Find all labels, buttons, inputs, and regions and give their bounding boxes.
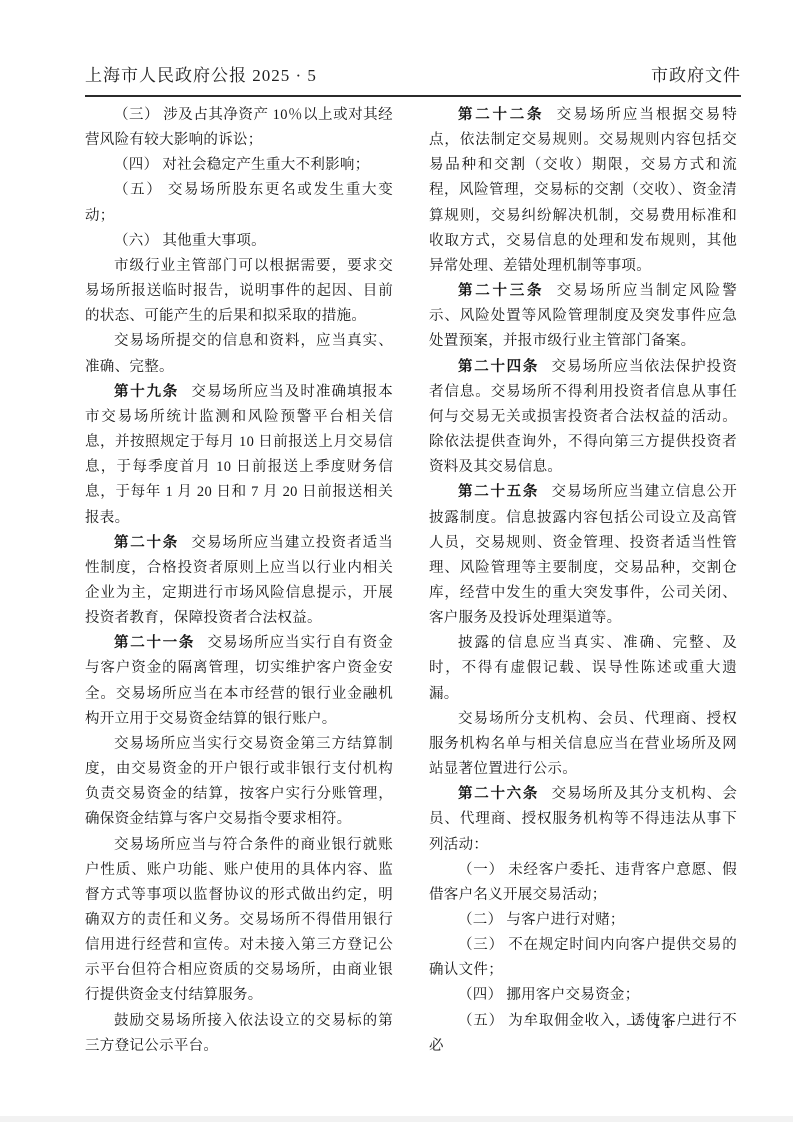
paragraph: （一） 未经客户委托、违背客户意愿、假借客户名义开展交易活动；	[429, 858, 737, 908]
paragraph: （四） 对社会稳定产生重大不利影响；	[85, 153, 393, 178]
article-paragraph: 第二十五条交易场所应当建立信息公开披露制度。信息披露内容包括公司设立及高管人员，…	[429, 480, 737, 631]
paragraph-text: 交易场所应当建立信息公开披露制度。信息披露内容包括公司设立及高管人员，交易规则、…	[429, 484, 737, 626]
paragraph-text: 交易场所分支机构、会员、代理商、授权服务机构名单与相关信息应当在营业场所及网站显…	[429, 711, 737, 777]
paragraph: （六） 其他重大事项。	[85, 229, 393, 254]
right-column: 第二十二条交易场所应当根据交易特点，依法制定交易规则。交易规则内容包括交易品种和…	[429, 103, 737, 1059]
paragraph-text: 交易场所应当与符合条件的商业银行就账户性质、账户功能、账户使用的具体内容、监督方…	[85, 837, 393, 1004]
paragraph-text: （二） 与客户进行对赌；	[458, 912, 625, 928]
section-label: 市政府文件	[651, 61, 741, 86]
paragraph-text: 交易场所应当实行交易资金第三方结算制度，由交易资金的开户银行或非银行支付机构负责…	[85, 736, 393, 827]
article-paragraph: 第十九条交易场所应当及时准确填报本市交易场所统计监测和风险预警平台相关信息，并按…	[85, 380, 393, 531]
paragraph: 披露的信息应当真实、准确、完整、及时，不得有虚假记载、误导性陈述或重大遗漏。	[429, 631, 737, 706]
paragraph-text: 市级行业主管部门可以根据需要，要求交易场所报送临时报告，说明事件的起因、目前的状…	[85, 258, 393, 324]
article-paragraph: 第二十一条交易场所应当实行自有资金与客户资金的隔离管理，切实维护客户资金安全。交…	[85, 631, 393, 732]
paragraph-text: 交易场所应当及时准确填报本市交易场所统计监测和风险预警平台相关信息，并按照规定于…	[85, 384, 393, 526]
gazette-title: 上海市人民政府公报 2025 · 5	[85, 61, 317, 86]
article-paragraph: 第二十六条交易场所及其分支机构、会员、代理商、授权服务机构等不得违法从事下列活动…	[429, 782, 737, 857]
paragraph: （四） 挪用客户交易资金；	[429, 983, 737, 1008]
article-number: 第十九条	[114, 384, 179, 400]
article-paragraph: 第二十条交易场所应当建立投资者适当性制度，合格投资者原则上应当以行业内相关企业为…	[85, 531, 393, 632]
page-edge	[0, 1116, 793, 1122]
paragraph-text: （一） 未经客户委托、违背客户意愿、假借客户名义开展交易活动；	[429, 862, 737, 903]
paragraph-text: 交易场所应当根据交易特点，依法制定交易规则。交易规则内容包括交易品种和交割（交收…	[429, 107, 737, 274]
article-number: 第二十二条	[458, 107, 544, 123]
article-number: 第二十五条	[458, 484, 539, 500]
paragraph: 交易场所应当与符合条件的商业银行就账户性质、账户功能、账户使用的具体内容、监督方…	[85, 833, 393, 1009]
paragraph-text: （四） 对社会稳定产生重大不利影响；	[114, 157, 370, 173]
paragraph-text: （三） 涉及占其净资产 10％以上或对其经营风险有较大影响的诉讼；	[85, 107, 393, 148]
paragraph-text: （六） 其他重大事项。	[114, 233, 266, 249]
article-paragraph: 第二十四条交易场所应当依法保护投资者信息。交易场所不得利用投资者信息从事任何与交…	[429, 355, 737, 481]
paragraph-text: 交易场所提交的信息和资料，应当真实、准确、完整。	[85, 333, 393, 374]
paragraph: （三） 不在规定时间内向客户提供交易的确认文件；	[429, 933, 737, 983]
paragraph-text: （三） 不在规定时间内向客户提供交易的确认文件；	[429, 937, 737, 978]
paragraph: （二） 与客户进行对赌；	[429, 908, 737, 933]
article-number: 第二十三条	[458, 283, 544, 299]
paragraph-text: 交易场所应当依法保护投资者信息。交易场所不得利用投资者信息从事任何与交易无关或损…	[429, 359, 737, 476]
page-header: 上海市人民政府公报 2025 · 5 市政府文件	[85, 61, 741, 86]
paragraph: （五） 交易场所股东更名或发生重大变动；	[85, 178, 393, 228]
article-number: 第二十六条	[458, 786, 539, 802]
article-number: 第二十四条	[458, 359, 539, 375]
paragraph: 交易场所提交的信息和资料，应当真实、准确、完整。	[85, 329, 393, 379]
paragraph: 鼓励交易场所接入依法设立的交易标的第三方登记公示平台。	[85, 1009, 393, 1059]
paragraph: （三） 涉及占其净资产 10％以上或对其经营风险有较大影响的诉讼；	[85, 103, 393, 153]
paragraph: 交易场所分支机构、会员、代理商、授权服务机构名单与相关信息应当在营业场所及网站显…	[429, 707, 737, 782]
article-number: 第二十条	[114, 535, 179, 551]
header-rule	[85, 95, 741, 97]
paragraph: 交易场所应当实行交易资金第三方结算制度，由交易资金的开户银行或非银行支付机构负责…	[85, 732, 393, 833]
article-paragraph: 第二十三条交易场所应当制定风险警示、风险处置等风险管理制度及突发事件应急处置预案…	[429, 279, 737, 354]
paragraph-text: 鼓励交易场所接入依法设立的交易标的第三方登记公示平台。	[85, 1013, 393, 1054]
article-number: 第二十一条	[114, 635, 195, 651]
paragraph-text: （四） 挪用客户交易资金；	[458, 987, 640, 1003]
article-paragraph: 第二十二条交易场所应当根据交易特点，依法制定交易规则。交易规则内容包括交易品种和…	[429, 103, 737, 279]
paragraph-text: （五） 交易场所股东更名或发生重大变动；	[85, 182, 393, 223]
paragraph: 市级行业主管部门可以根据需要，要求交易场所报送临时报告，说明事件的起因、目前的状…	[85, 254, 393, 329]
left-column: （三） 涉及占其净资产 10％以上或对其经营风险有较大影响的诉讼；（四） 对社会…	[85, 103, 393, 1059]
paragraph-text: 披露的信息应当真实、准确、完整、及时，不得有虚假记载、误导性陈述或重大遗漏。	[429, 635, 737, 701]
page-number: — 11 —	[627, 1016, 701, 1033]
gazette-page: 上海市人民政府公报 2025 · 5 市政府文件 （三） 涉及占其净资产 10％…	[0, 0, 793, 1122]
